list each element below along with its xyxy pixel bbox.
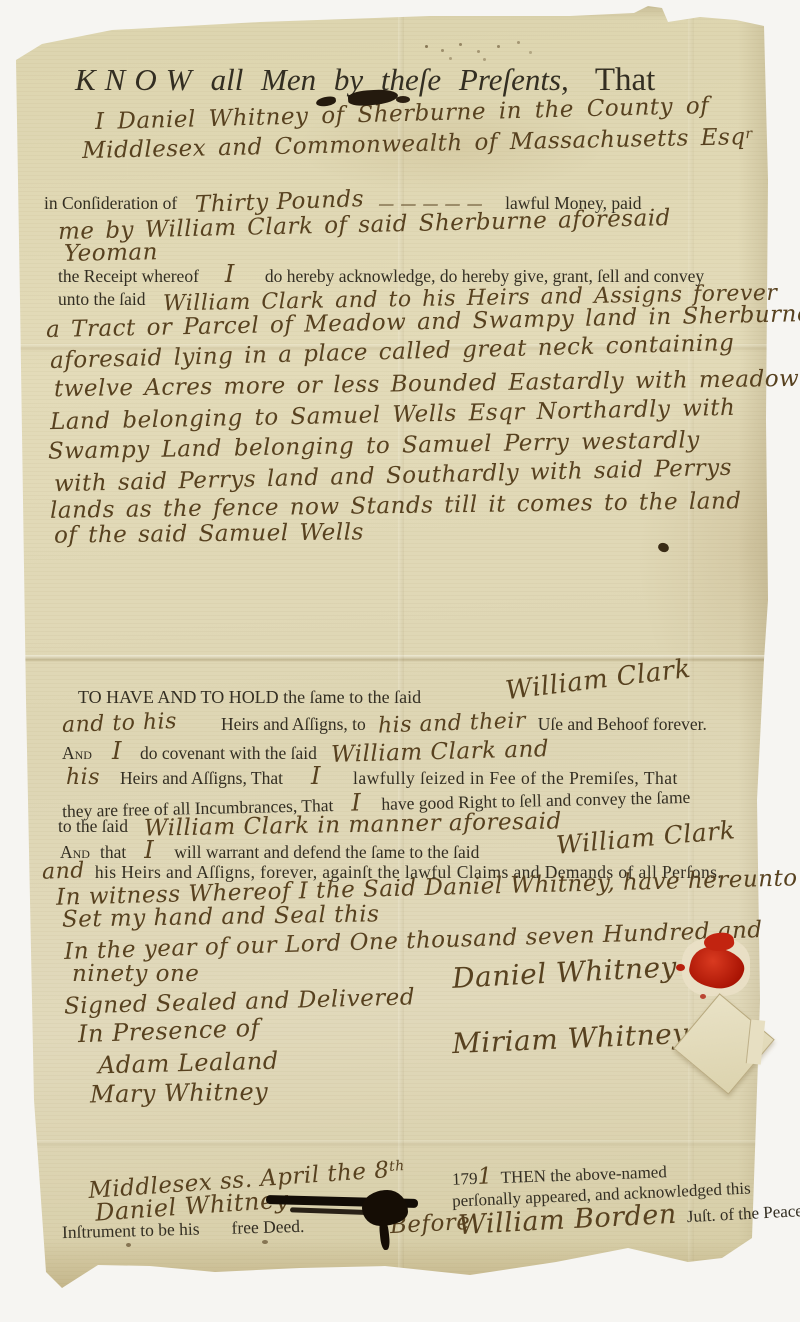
printed-receipt: the Receipt whereof [58, 267, 199, 286]
date-superscript: th [389, 1159, 406, 1175]
covenant-line: And I do covenant with the ſaid William … [62, 738, 549, 765]
handwritten-I-3: I [311, 763, 321, 789]
witness-mary-line: Mary Whitney [90, 1078, 269, 1107]
printed-year: 179 [452, 1170, 478, 1190]
esq-superscript: r [745, 127, 753, 143]
paper-speck [126, 1243, 131, 1247]
printed-use-behoof: Uſe and Behoof forever. [538, 715, 707, 734]
paper-speck [262, 1240, 268, 1244]
adam-signature-text: Adam Lealand [98, 1048, 279, 1079]
scanned-deed-page: KNOWall Men by theſe Preſents,That I Dan… [0, 0, 800, 1322]
printed-unto: unto the ſaid [58, 290, 145, 309]
ink-speckle-cluster [425, 45, 428, 48]
tract-text-8: of the said Samuel Wells [54, 520, 364, 549]
hand-his: his [66, 766, 100, 790]
habendum-line: TO HAVE AND TO HOLD the ſame to the ſaid [78, 688, 421, 708]
printed-heirs-2: Heirs and Aſſigns, That [120, 769, 283, 788]
vertical-fold-crease [688, 4, 694, 1296]
printed-consideration: in Conſideration of [44, 194, 177, 213]
printed-justice-title: Juſt. of the Peace. [686, 1202, 800, 1227]
tract-line-8: of the said Samuel Wells [54, 520, 364, 549]
wax-smear [700, 994, 706, 999]
witness-adam-line: Adam Lealand [98, 1048, 279, 1079]
printed-and-1: And [62, 744, 92, 763]
witness-text-4: ninety one [72, 962, 199, 987]
printed-instrument: Inſtrument to be his [62, 1220, 200, 1243]
handwritten-I: I [225, 261, 235, 287]
header-know: KNOW [75, 63, 201, 97]
horizontal-fold-crease [8, 1140, 772, 1147]
printed-covenant: do covenant with the ſaid [140, 744, 317, 763]
presence-text: In Presence of [78, 1015, 261, 1048]
printed-free-deed: free Deed. [231, 1217, 304, 1238]
hand-and-to-his: and to his [62, 710, 178, 738]
ink-smudge-tail [396, 96, 410, 103]
heirs-line-1: and to his Heirs and Aſſigns, to his and… [62, 712, 707, 736]
printed-habendum: TO HAVE AND TO HOLD the ſame to the ſaid [78, 688, 421, 708]
header-that: That [595, 62, 655, 98]
witness-line-4: ninety one [72, 962, 199, 987]
folded-paper-tab [746, 1019, 766, 1064]
handwritten-year-digit: 1 [477, 1164, 493, 1190]
wax-smear [676, 964, 685, 971]
printed-heirs-1: Heirs and Aſſigns, to [221, 715, 366, 734]
hand-and: and [42, 859, 86, 885]
manner-line: to the ſaid William Clark in manner afor… [58, 813, 562, 838]
hand-his-their: his and their [377, 709, 526, 738]
handwritten-I-2: I [112, 738, 122, 764]
mary-signature-text: Mary Whitney [90, 1078, 269, 1107]
printed-to-the-said: to the ſaid [58, 817, 128, 836]
